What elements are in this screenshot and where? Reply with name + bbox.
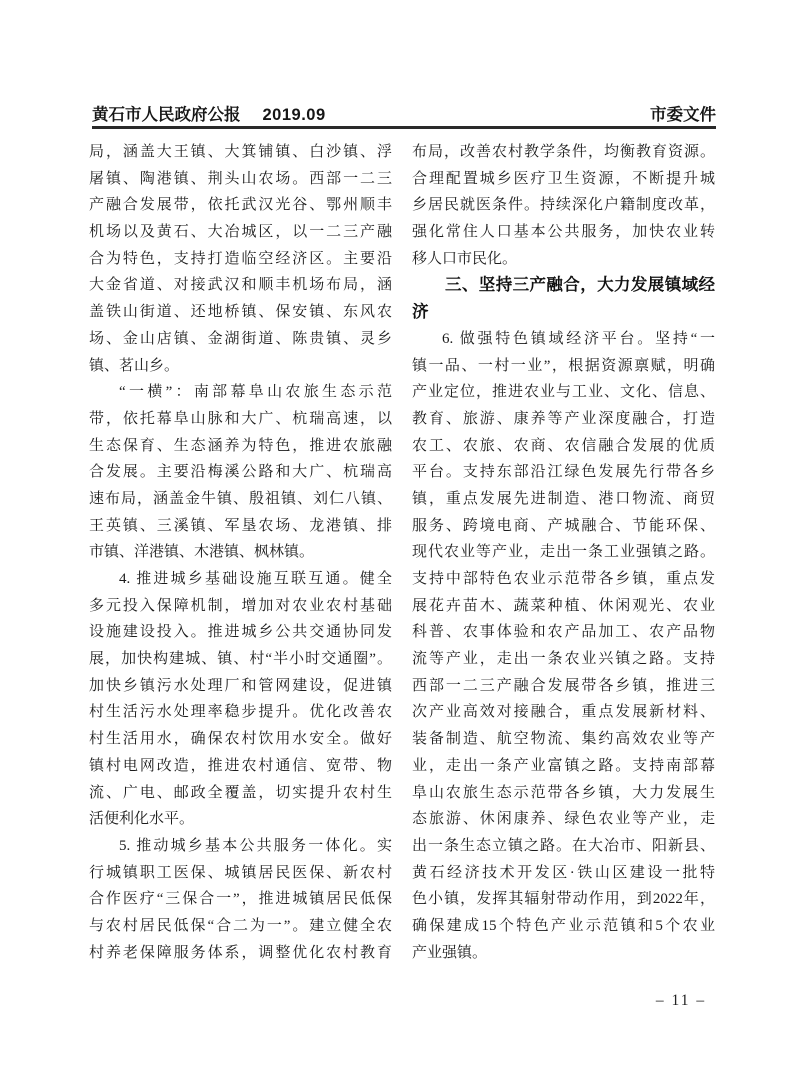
text-line: 屠镇、陶港镇、荆头山农场。西部一二三	[89, 166, 392, 193]
text-line: 市镇、洋港镇、木港镇、枫林镇。	[89, 539, 392, 566]
text-line: 展花卉苗木、蔬菜种植、休闲观光、农业	[412, 593, 715, 620]
text-line: 确保建成15个特色产业示范镇和5个农业	[412, 913, 715, 940]
left-column: 局，涵盖大王镇、大箕铺镇、白沙镇、浮屠镇、陶港镇、荆头山农场。西部一二三产融合发…	[89, 139, 392, 966]
header-rule	[92, 126, 716, 129]
heading-line: 济	[412, 299, 715, 326]
gazette-title: 黄石市人民政府公报	[92, 101, 241, 125]
text-line: 机场以及黄石、大冶城区，以一二三产融	[89, 219, 392, 246]
text-line: 强化常住人口基本公共服务，加快农业转	[412, 219, 715, 246]
text-line: 农工、农旅、农商、农信融合发展的优质	[412, 433, 715, 460]
text-line: 村生活用水，确保农村饮用水安全。做好	[89, 726, 392, 753]
text-line: 业，走出一条产业富镇之路。支持南部幕	[412, 753, 715, 780]
text-line: 次产业高效对接融合，重点发展新材料、	[412, 699, 715, 726]
text-line: 加快乡镇污水处理厂和管网建设，促进镇	[89, 673, 392, 700]
page-number: – 11 –	[636, 992, 726, 1014]
text-line: 4. 推进城乡基础设施互联互通。健全	[89, 566, 392, 593]
text-line: 镇、茗山乡。	[89, 353, 392, 380]
header-left: 黄石市人民政府公报 2019.09	[92, 101, 326, 125]
text-line: 色小镇，发挥其辐射带动作用，到2022年，	[412, 886, 715, 913]
right-column: 布局，改善农村教学条件，均衡教育资源。合理配置城乡医疗卫生资源，不断提升城乡居民…	[412, 139, 715, 966]
text-line: 生态保育、生态涵养为特色，推进农旅融	[89, 433, 392, 460]
text-line: 镇村电网改造，推进农村通信、宽带、物	[89, 753, 392, 780]
text-line: 态旅游、休闲康养、绿色农业等产业，走	[412, 806, 715, 833]
paragraph: 5. 推动城乡基本公共服务一体化。实行城镇职工医保、城镇居民医保、新农村合作医疗…	[89, 833, 392, 966]
text-line: 5. 推动城乡基本公共服务一体化。实	[89, 833, 392, 860]
text-line: 布局，改善农村教学条件，均衡教育资源。	[412, 139, 715, 166]
text-line: 合发展。主要沿梅溪公路和大广、杭瑞高	[89, 459, 392, 486]
text-line: 场、金山店镇、金湖街道、陈贵镇、灵乡	[89, 326, 392, 353]
doc-category-label: 市委文件	[650, 101, 716, 125]
text-line: 服务、跨境电商、产城融合、节能环保、	[412, 513, 715, 540]
paragraph: “一横”：南部幕阜山农旅生态示范带，依托幕阜山脉和大广、杭瑞高速，以生态保育、生…	[89, 379, 392, 566]
paragraph: 布局，改善农村教学条件，均衡教育资源。合理配置城乡医疗卫生资源，不断提升城乡居民…	[412, 139, 715, 272]
text-line: 黄石经济技术开发区·铁山区建设一批特	[412, 860, 715, 887]
text-columns: 局，涵盖大王镇、大箕铺镇、白沙镇、浮屠镇、陶港镇、荆头山农场。西部一二三产融合发…	[89, 139, 715, 966]
text-line: 镇一品、一村一业”，根据资源禀赋，明确	[412, 353, 715, 380]
text-line: 镇，重点发展先进制造、港口物流、商贸	[412, 486, 715, 513]
text-line: 科普、农事体验和农产品加工、农产品物	[412, 619, 715, 646]
text-line: 阜山农旅生态示范带各乡镇，大力发展生	[412, 780, 715, 807]
text-line: 合为特色，支持打造临空经济区。主要沿	[89, 246, 392, 273]
text-line: 西部一二三产融合发展带各乡镇，推进三	[412, 673, 715, 700]
text-line: 盖铁山街道、还地桥镇、保安镇、东风农	[89, 299, 392, 326]
text-line: 村生活污水处理率稳步提升。优化改善农	[89, 699, 392, 726]
text-line: 与农村居民低保“合二为一”。建立健全农	[89, 913, 392, 940]
issue-date: 2019.09	[263, 106, 326, 125]
text-line: 教育、旅游、康养等产业深度融合，打造	[412, 406, 715, 433]
paragraph: 4. 推进城乡基础设施互联互通。健全多元投入保障机制，增加对农业农村基础设施建设…	[89, 566, 392, 833]
paragraph: 局，涵盖大王镇、大箕铺镇、白沙镇、浮屠镇、陶港镇、荆头山农场。西部一二三产融合发…	[89, 139, 392, 379]
text-line: 行城镇职工医保、城镇居民医保、新农村	[89, 860, 392, 887]
text-line: 大金省道、对接武汉和顺丰机场布局，涵	[89, 272, 392, 299]
text-line: “一横”：南部幕阜山农旅生态示范	[89, 379, 392, 406]
text-line: 展，加快构建城、镇、村“半小时交通圈”。	[89, 646, 392, 673]
text-line: 现代农业等产业，走出一条工业强镇之路。	[412, 539, 715, 566]
text-line: 王英镇、三溪镇、军垦农场、龙港镇、排	[89, 513, 392, 540]
text-line: 流、广电、邮政全覆盖，切实提升农村生	[89, 780, 392, 807]
text-line: 平台。支持东部沿江绿色发展先行带各乡	[412, 459, 715, 486]
text-line: 带，依托幕阜山脉和大广、杭瑞高速，以	[89, 406, 392, 433]
page-header: 黄石市人民政府公报 2019.09 市委文件	[92, 101, 716, 125]
text-line: 局，涵盖大王镇、大箕铺镇、白沙镇、浮	[89, 139, 392, 166]
heading-line: 三、坚持三产融合，大力发展镇域经	[412, 272, 715, 299]
text-line: 产业定位，推进农业与工业、文化、信息、	[412, 379, 715, 406]
text-line: 产融合发展带，依托武汉光谷、鄂州顺丰	[89, 192, 392, 219]
text-line: 设施建设投入。推进城乡公共交通协同发	[89, 619, 392, 646]
text-line: 活便利化水平。	[89, 806, 392, 833]
text-line: 多元投入保障机制，增加对农业农村基础	[89, 593, 392, 620]
text-line: 出一条生态立镇之路。在大冶市、阳新县、	[412, 833, 715, 860]
section-heading: 三、坚持三产融合，大力发展镇域经济	[412, 272, 715, 325]
text-line: 乡居民就医条件。持续深化户籍制度改革，	[412, 192, 715, 219]
paragraph: 6. 做强特色镇域经济平台。坚持“一镇一品、一村一业”，根据资源禀赋，明确产业定…	[412, 326, 715, 967]
text-line: 6. 做强特色镇域经济平台。坚持“一	[412, 326, 715, 353]
text-line: 村养老保障服务体系，调整优化农村教育	[89, 940, 392, 967]
text-line: 产业强镇。	[412, 940, 715, 967]
text-line: 装备制造、航空物流、集约高效农业等产	[412, 726, 715, 753]
text-line: 流等产业，走出一条农业兴镇之路。支持	[412, 646, 715, 673]
text-line: 支持中部特色农业示范带各乡镇，重点发	[412, 566, 715, 593]
text-line: 合作医疗“三保合一”，推进城镇居民低保	[89, 886, 392, 913]
text-line: 速布局，涵盖金牛镇、殷祖镇、刘仁八镇、	[89, 486, 392, 513]
text-line: 合理配置城乡医疗卫生资源，不断提升城	[412, 166, 715, 193]
document-page: 黄石市人民政府公报 2019.09 市委文件 局，涵盖大王镇、大箕铺镇、白沙镇、…	[0, 0, 800, 1085]
text-line: 移人口市民化。	[412, 246, 715, 273]
